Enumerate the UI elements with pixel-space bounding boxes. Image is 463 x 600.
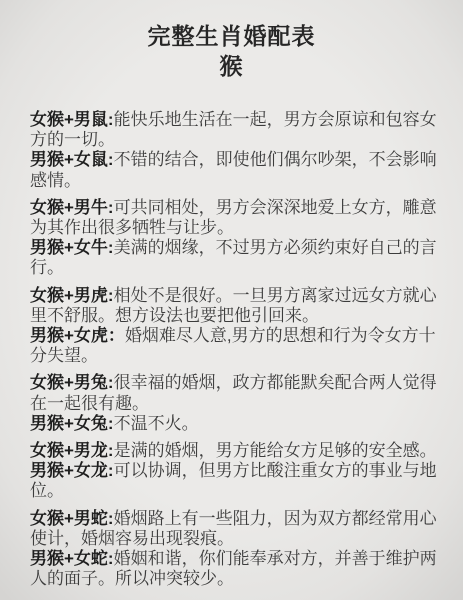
zodiac-group: 女猴+男牛:可共同相处，男方会深深地爱上女方，雕意为其作出很多牺牲与让步。男猴+… <box>30 198 448 279</box>
pair-label: 男猴+女牛: <box>30 238 114 257</box>
zodiac-group: 女猴+男龙:是满的婚烟，男方能给女方足够的安全感。男猴+女龙:可以协调，但男方比… <box>30 441 448 502</box>
pair-label: 女猴+男兔: <box>30 373 114 392</box>
compatibility-entry: 男猴+女蛇:婚姻和谐，你们能奉承对方，并善于维护两人的面子。所以冲突较少。 <box>30 549 448 589</box>
compatibility-entry: 女猴+男牛:可共同相处，男方会深深地爱上女方，雕意为其作出很多牺牲与让步。 <box>30 198 448 238</box>
pair-description: 是满的婚烟，男方能给女方足够的安全感。 <box>114 441 437 460</box>
compatibility-entry: 女猴+男蛇:婚烟路上有一些阻力，因为双方都经常用心使计，婚烟容易出现裂痕。 <box>30 509 448 549</box>
pair-description: 不温不火。 <box>114 414 199 433</box>
pair-label: 男猴+女鼠: <box>30 150 114 169</box>
zodiac-group: 女猴+男兔:很幸福的婚烟，政方都能默矣配合两人觉得在一起很有趣。男猴+女兔:不温… <box>30 373 448 434</box>
zodiac-group: 女猴+男虎:相处不是很好。一旦男方离家过远女方就心里不舒服。想方设法也要把他引回… <box>30 286 448 367</box>
zodiac-group: 女猴+男蛇:婚烟路上有一些阻力，因为双方都经常用心使计，婚烟容易出现裂痕。男猴+… <box>30 509 448 590</box>
compatibility-entry: 女猴+男兔:很幸福的婚烟，政方都能默矣配合两人觉得在一起很有趣。 <box>30 373 448 413</box>
compatibility-entry: 男猴+女兔:不温不火。 <box>30 414 448 434</box>
compatibility-entry: 男猴+女牛:美满的烟缘，不过男方必须约束好自己的言行。 <box>30 238 448 278</box>
pair-label: 男猴+女兔: <box>30 414 114 433</box>
pair-label: 女猴+男虎: <box>30 286 114 305</box>
compatibility-entry: 男猴+女龙:可以协调，但男方比酸注重女方的事业与地位。 <box>30 461 448 501</box>
compatibility-entry: 女猴+男虎:相处不是很好。一旦男方离家过远女方就心里不舒服。想方设法也要把他引回… <box>30 286 448 326</box>
compatibility-entry: 女猴+男鼠:能快乐地生活在一起，男方会原谅和包容女方的一切。 <box>30 110 448 150</box>
pair-label: 女猴+男蛇: <box>30 509 114 528</box>
pair-label: 女猴+男牛: <box>30 198 114 217</box>
zodiac-compatibility-page: 完整生肖婚配表 猴 女猴+男鼠:能快乐地生活在一起，男方会原谅和包容女方的一切。… <box>0 0 463 600</box>
zodiac-group: 女猴+男鼠:能快乐地生活在一起，男方会原谅和包容女方的一切。男猴+女鼠:不错的结… <box>30 110 448 191</box>
page-subtitle: 猴 <box>0 51 463 81</box>
page-title: 完整生肖婚配表 <box>0 21 463 51</box>
pair-label: 男猴+女蛇: <box>30 549 114 568</box>
pair-label: 女猴+男鼠: <box>30 110 114 129</box>
compatibility-entry: 男猴+女鼠:不错的结合，即使他们偶尔吵架，不会影响感情。 <box>30 150 448 190</box>
pair-label: 女猴+男龙: <box>30 441 114 460</box>
compatibility-entry: 女猴+男龙:是满的婚烟，男方能给女方足够的安全感。 <box>30 441 448 461</box>
compatibility-list: 女猴+男鼠:能快乐地生活在一起，男方会原谅和包容女方的一切。男猴+女鼠:不错的结… <box>0 110 448 589</box>
pair-label: 男猴+女龙: <box>30 461 114 480</box>
compatibility-entry: 男猴+女虎：婚烟难尽人意,男方的思想和行为令女方十分失望。 <box>30 326 448 366</box>
pair-label: 男猴+女虎： <box>30 326 125 345</box>
